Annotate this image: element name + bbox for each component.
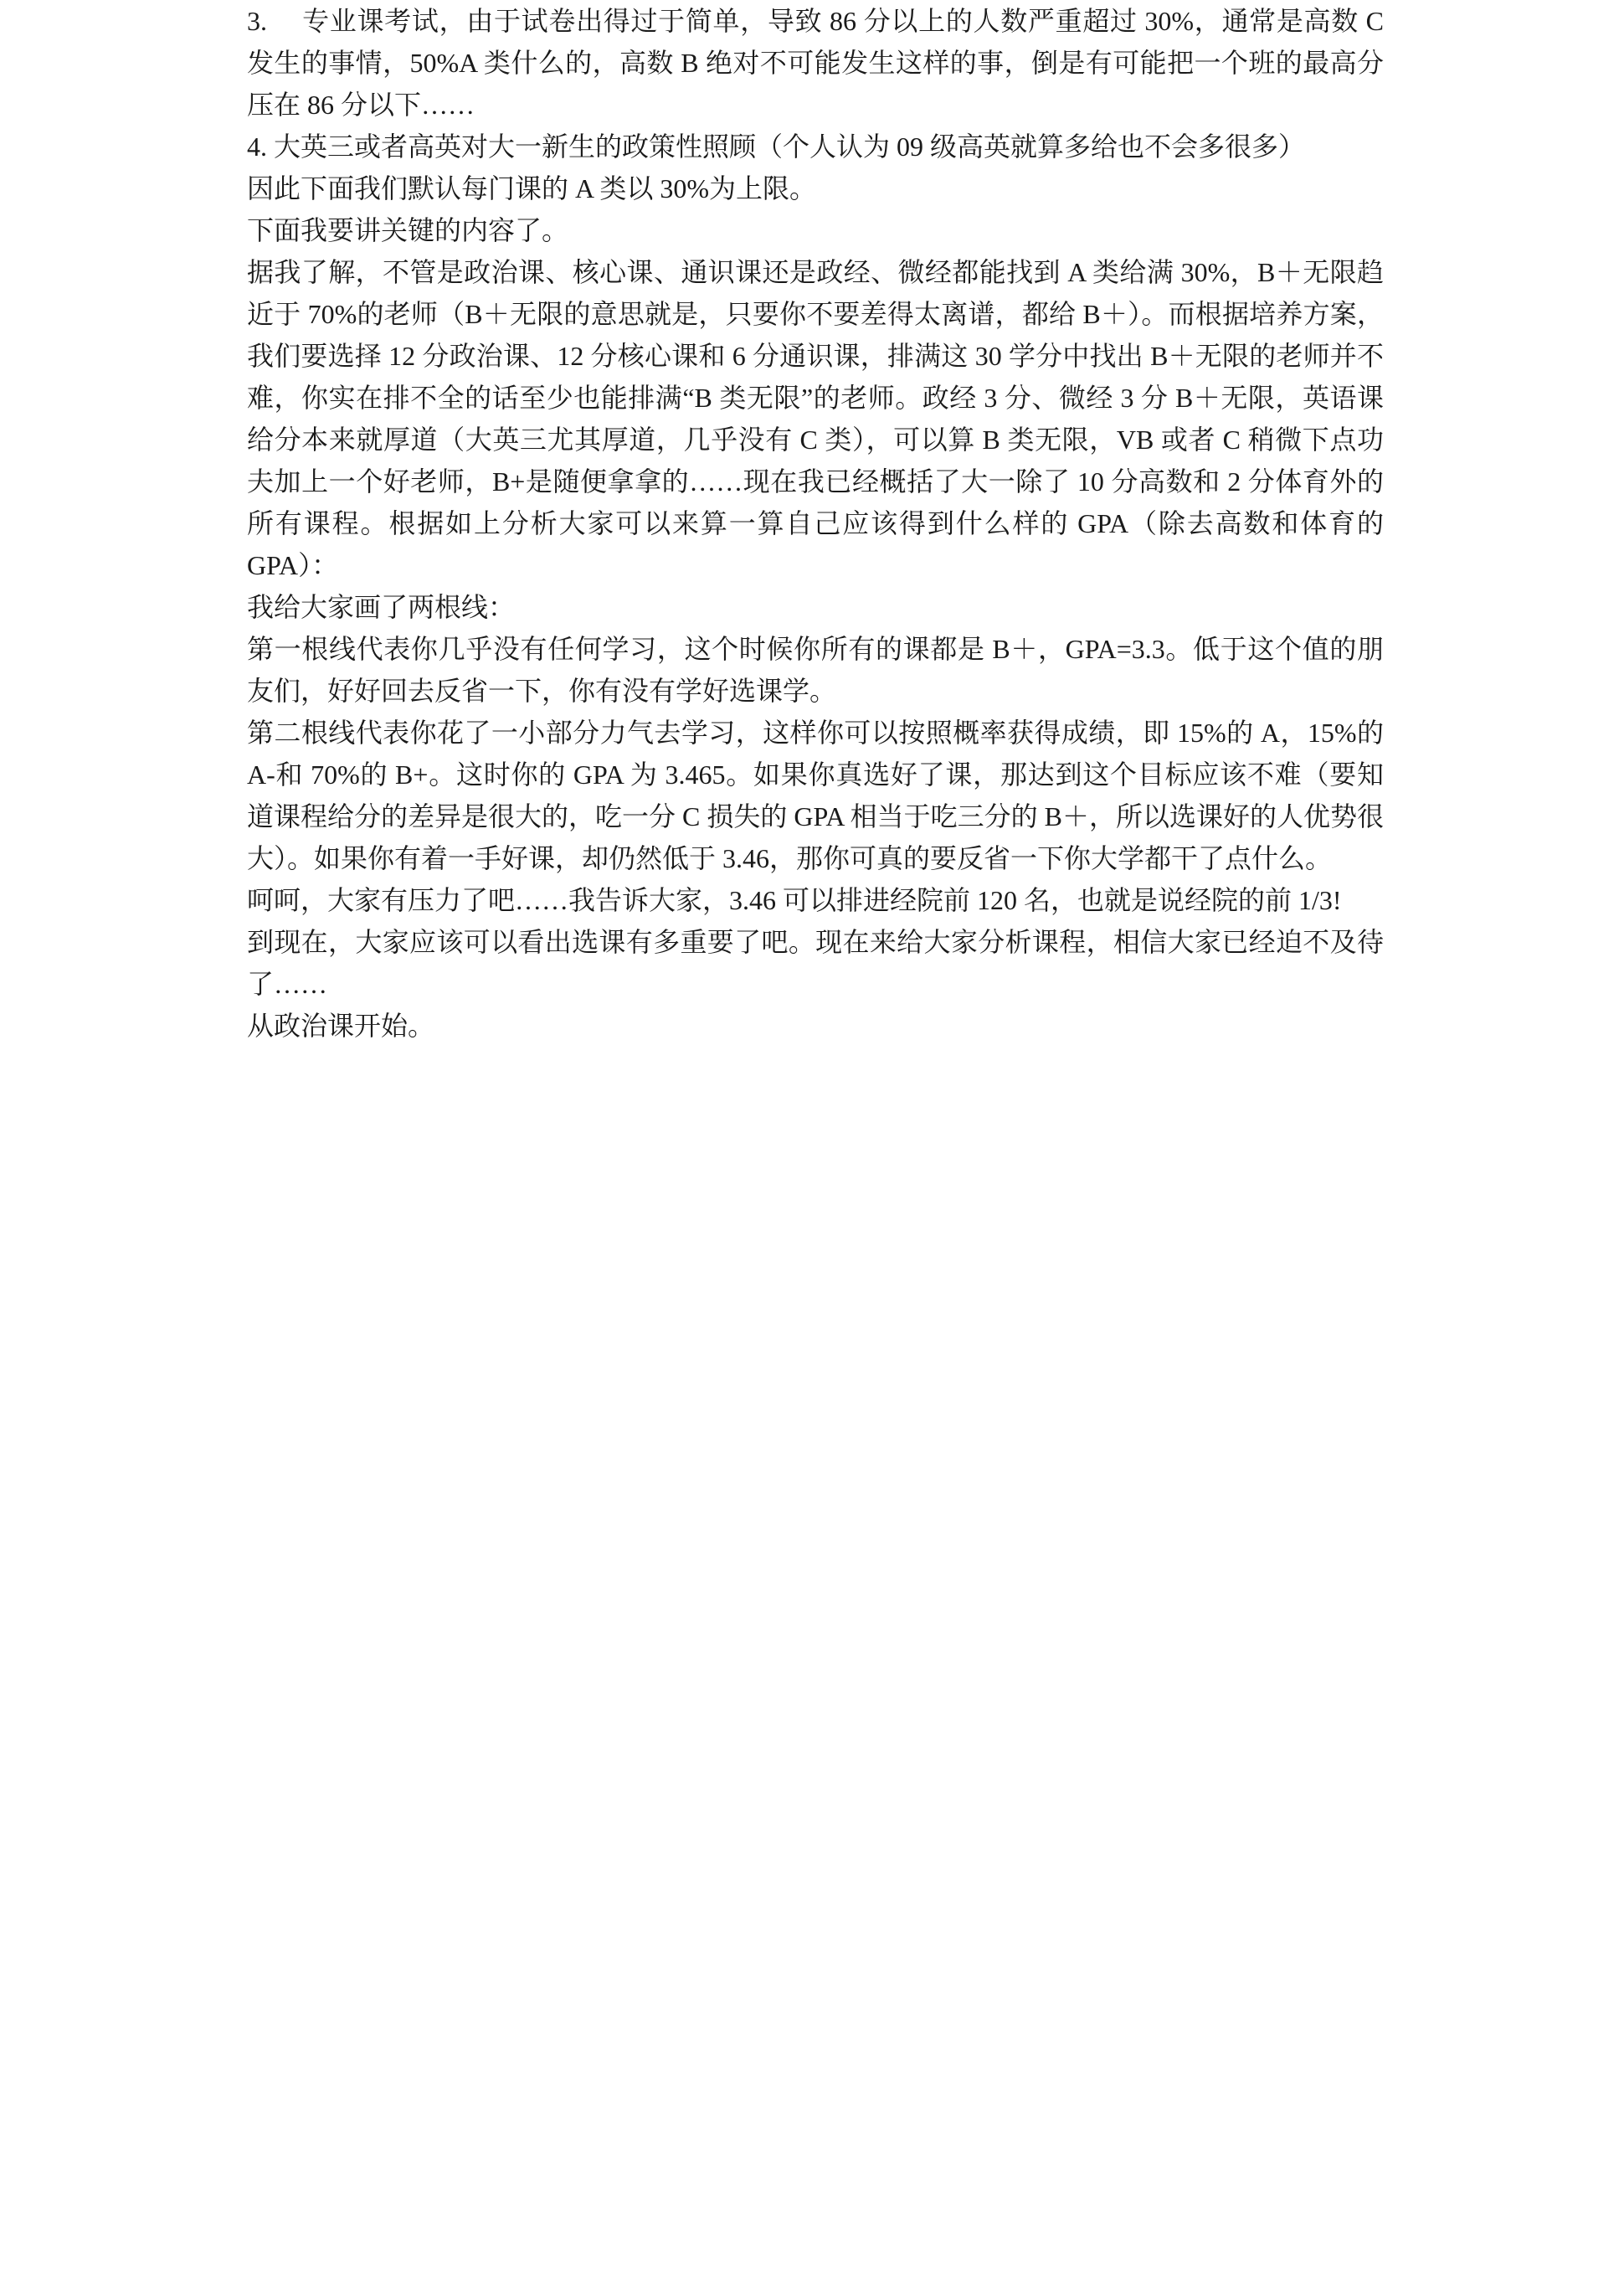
paragraph-a-class-30-limit: 因此下面我们默认每门课的 A 类以 30%为上限。: [247, 167, 1384, 209]
paragraph-item-4-english-policy: 4. 大英三或者高英对大一新生的政策性照顾（个人认为 09 级高英就算多给也不会…: [247, 126, 1384, 167]
paragraph-item-3-major-exam: 3. 专业课考试，由于试卷出得过于简单，导致 86 分以上的人数严重超过 30%…: [247, 0, 1384, 126]
paragraph-pressure-rank-120: 呵呵，大家有压力了吧……我告诉大家，3.46 可以排进经院前 120 名，也就是…: [247, 879, 1384, 921]
paragraph-first-line-gpa-3-3: 第一根线代表你几乎没有任何学习，这个时候你所有的课都是 B＋，GPA=3.3。低…: [247, 628, 1384, 712]
paragraph-course-selection-importance: 到现在，大家应该可以看出选课有多重要了吧。现在来给大家分析课程，相信大家已经迫不…: [247, 921, 1384, 1005]
document-body: 3. 专业课考试，由于试卷出得过于简单，导致 86 分以上的人数严重超过 30%…: [247, 0, 1384, 1047]
paragraph-start-with-politics: 从政治课开始。: [247, 1005, 1384, 1047]
paragraph-course-gpa-analysis: 据我了解，不管是政治课、核心课、通识课还是政经、微经都能找到 A 类给满 30%…: [247, 251, 1384, 586]
paragraph-key-content-intro: 下面我要讲关键的内容了。: [247, 209, 1384, 251]
paragraph-second-line-gpa-3-465: 第二根线代表你花了一小部分力气去学习，这样你可以按照概率获得成绩，即 15%的 …: [247, 712, 1384, 879]
paragraph-two-lines-intro: 我给大家画了两根线：: [247, 586, 1384, 628]
document-page: { "page": { "background_color": "#ffffff…: [0, 0, 1624, 2296]
